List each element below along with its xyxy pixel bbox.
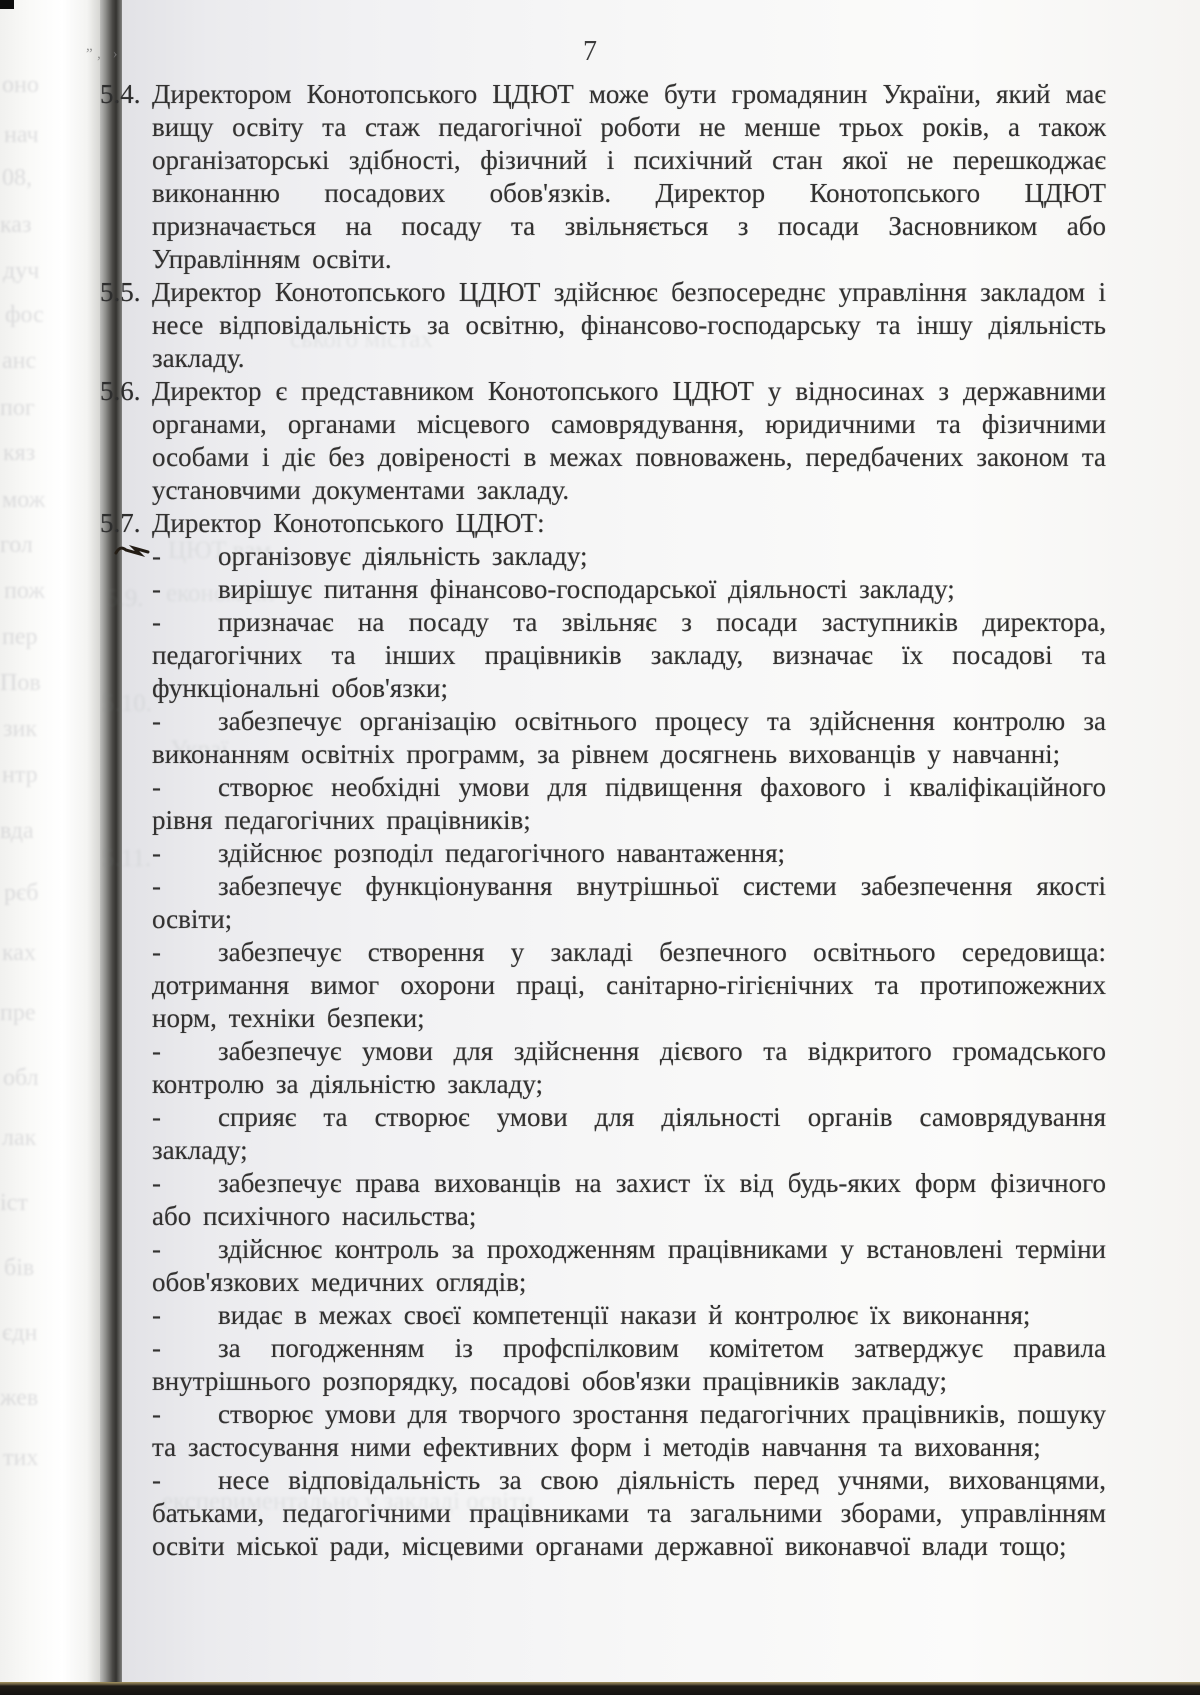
section-text: Директором Конотопського ЦДЮТ може бути …: [152, 78, 1106, 276]
directive-item-8: -забезпечує створення у закладі безпечно…: [152, 936, 1106, 1035]
bullet-dash: -: [152, 1233, 218, 1266]
bullet-dash: -: [152, 936, 218, 969]
bullet-dash: -: [152, 1332, 218, 1365]
bullet-dash: -: [152, 606, 218, 639]
section-number: 5.4.: [100, 78, 152, 276]
ghost-fragment: оно: [2, 72, 39, 99]
scanned-document-page: ” ‚ › 7 ононач08,каздучфосанспогкязможго…: [0, 0, 1200, 1695]
directive-item-16: -несе відповідальність за свою діяльніст…: [152, 1464, 1106, 1563]
bullet-dash: -: [152, 1464, 218, 1497]
bullet-dash: -: [152, 1398, 218, 1431]
bullet-dash: -: [152, 1101, 218, 1134]
directive-item-10: -сприяє та створює умови для діяльності …: [152, 1101, 1106, 1167]
directive-item-7: -забезпечує функціонування внутрішньої с…: [152, 870, 1106, 936]
section-text: Директор Конотопського ЦДЮТ:: [152, 507, 1106, 540]
directive-item-11: -забезпечує права вихованців на захист ї…: [152, 1167, 1106, 1233]
section-number: 5.7.: [100, 507, 152, 540]
ghost-fragment: пож: [4, 578, 45, 605]
ghost-fragment: пог: [0, 395, 35, 422]
section-paragraph-5.6: 5.6.Директор є представником Конотопсько…: [100, 375, 1106, 507]
directive-item-6: -здійснює розподіл педагогічного наванта…: [152, 837, 1106, 870]
ghost-fragment: нач: [4, 122, 39, 149]
scanner-speck: ” ‚ ›: [86, 46, 118, 63]
ghost-fragment: пре: [0, 1000, 36, 1027]
section-text: Директор Конотопського ЦДЮТ здійснює без…: [152, 276, 1106, 375]
ghost-fragment: пер: [2, 624, 38, 651]
ghost-fragment: фос: [5, 302, 44, 329]
directive-item-12: -здійснює контроль за проходженням праці…: [152, 1233, 1106, 1299]
ghost-fragment: лак: [2, 1125, 36, 1152]
section-paragraph-5.4: 5.4.Директором Конотопського ЦДЮТ може б…: [100, 78, 1106, 276]
ghost-fragment: Пов: [0, 670, 41, 697]
ghost-fragment: гол: [0, 532, 33, 559]
bullet-dash: -: [152, 540, 218, 573]
directive-item-1: -організовує діяльність закладу;: [152, 540, 1106, 573]
directive-item-9: -забезпечує умови для здійснення дієвого…: [152, 1035, 1106, 1101]
section-number: 5.5.: [100, 276, 152, 375]
bottom-scan-band: [0, 1682, 1200, 1695]
bullet-dash: -: [152, 1035, 218, 1068]
ghost-fragment: вда: [0, 818, 34, 845]
ghost-fragment: тих: [3, 1445, 38, 1472]
ghost-fragment: єдн: [2, 1320, 37, 1347]
ghost-fragment: рєб: [4, 880, 39, 907]
bullet-dash: -: [152, 870, 218, 903]
directive-item-5: -створює необхідні умови для підвищення …: [152, 771, 1106, 837]
directive-item-4: -забезпечує організацію освітнього проце…: [152, 705, 1106, 771]
page-number: 7: [560, 36, 620, 68]
document-body: 5.4.Директором Конотопського ЦДЮТ може б…: [100, 78, 1106, 1563]
ghost-fragment: кяз: [3, 440, 35, 467]
ghost-fragment: жев: [0, 1385, 38, 1412]
bullet-dash: -: [152, 1299, 218, 1332]
section-paragraph-5.5: 5.5.Директор Конотопського ЦДЮТ здійснює…: [100, 276, 1106, 375]
directive-item-15: -створює умови для творчого зростання пе…: [152, 1398, 1106, 1464]
ghost-fragment: зик: [3, 716, 37, 743]
section-number: 5.6.: [100, 375, 152, 507]
ghost-fragment: анс: [2, 348, 36, 375]
bullet-dash: -: [152, 573, 218, 606]
scanner-speck: [0, 0, 14, 9]
section-paragraph-5.7: 5.7.Директор Конотопського ЦДЮТ:: [100, 507, 1106, 540]
ghost-fragment: іст: [0, 1190, 28, 1217]
bullet-dash: -: [152, 1167, 218, 1200]
page-underneath-edge: [0, 0, 104, 1695]
ghost-fragment: дуч: [3, 258, 39, 285]
ghost-fragment: 08,: [2, 165, 32, 192]
ghost-fragment: ках: [2, 940, 36, 967]
bullet-dash: -: [152, 771, 218, 804]
ghost-fragment: каз: [0, 212, 31, 239]
ghost-fragment: бів: [4, 1255, 34, 1282]
ghost-fragment: обл: [3, 1065, 39, 1092]
ghost-fragment: мож: [2, 487, 45, 514]
ghost-fragment: нтр: [2, 762, 38, 789]
bullet-dash: -: [152, 705, 218, 738]
bullet-dash: -: [152, 837, 218, 870]
directive-item-13: -видає в межах своєї компетенції накази …: [152, 1299, 1106, 1332]
directive-item-14: -за погодженням із профспілковим комітет…: [152, 1332, 1106, 1398]
section-text: Директор є представником Конотопського Ц…: [152, 375, 1106, 507]
directive-item-3: -призначає на посаду та звільняє з посад…: [152, 606, 1106, 705]
directive-item-2: -вирішує питання фінансово-господарської…: [152, 573, 1106, 606]
